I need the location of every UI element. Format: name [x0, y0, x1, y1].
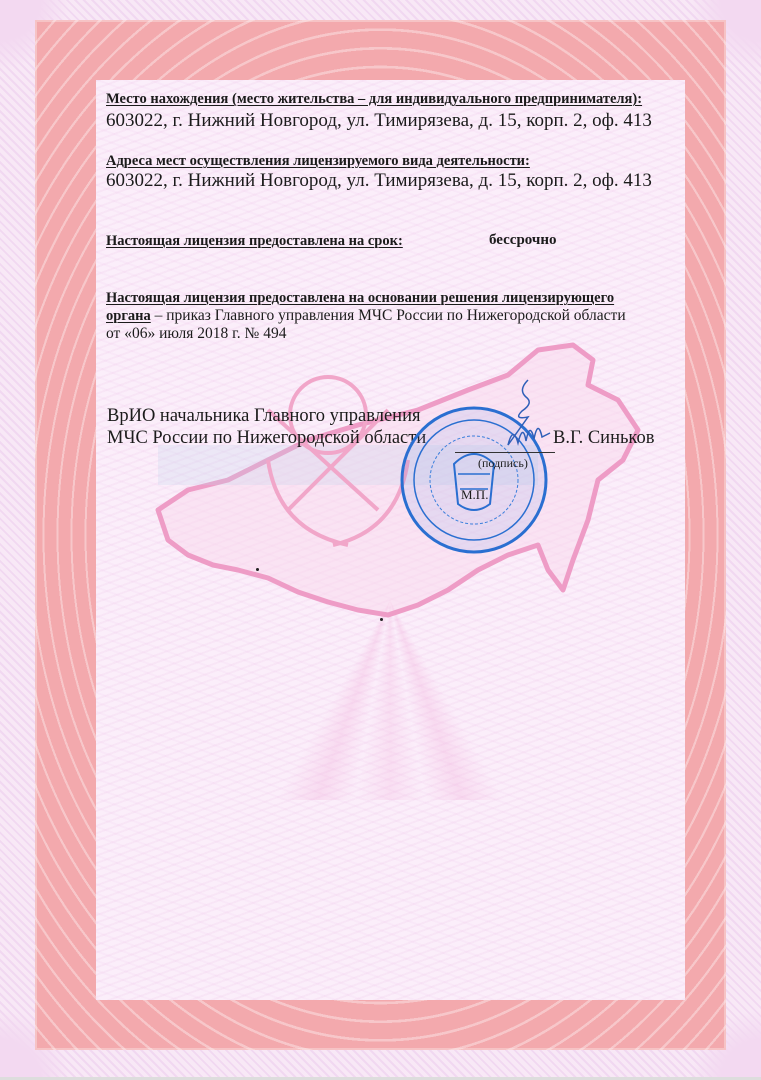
location-section: Место нахождения (место жительства – для… — [106, 91, 652, 132]
location-label: Место нахождения (место жительства – для… — [106, 91, 652, 108]
basis-value-line2: от «06» июля 2018 г. № 494 — [106, 325, 626, 342]
signatory-name: В.Г. Синьков — [553, 428, 654, 449]
decorative-rays — [210, 600, 570, 800]
signature-line — [455, 452, 555, 453]
seal-caption: М.П. — [461, 487, 488, 503]
activity-addresses-label: Адреса мест осуществления лицензируемого… — [106, 153, 652, 170]
location-value: 603022, г. Нижний Новгород, ул. Тимирязе… — [106, 110, 652, 132]
signatory-position-line1: ВрИО начальника Главного управления — [107, 405, 426, 427]
basis-label-line2: органа — [106, 308, 151, 324]
activity-addresses-value: 603022, г. Нижний Новгород, ул. Тимирязе… — [106, 170, 652, 192]
handwritten-signature-icon — [488, 375, 558, 455]
term-section: Настоящая лицензия предоставлена на срок… — [106, 232, 403, 250]
basis-section: Настоящая лицензия предоставлена на осно… — [106, 290, 626, 342]
basis-label-line1: Настоящая лицензия предоставлена на осно… — [106, 290, 626, 307]
signatory-position-line2: МЧС России по Нижегородской области — [107, 427, 426, 449]
speck — [380, 618, 383, 621]
speck — [256, 568, 259, 571]
russia-map-watermark — [118, 330, 648, 630]
basis-value-line1: – приказ Главного управления МЧС России … — [151, 307, 626, 324]
signatory-position: ВрИО начальника Главного управления МЧС … — [107, 405, 426, 449]
term-value: бессрочно — [489, 232, 557, 249]
signature-caption: (подпись) — [478, 456, 528, 471]
activity-addresses-section: Адреса мест осуществления лицензируемого… — [106, 153, 652, 192]
term-label: Настоящая лицензия предоставлена на срок… — [106, 233, 403, 249]
